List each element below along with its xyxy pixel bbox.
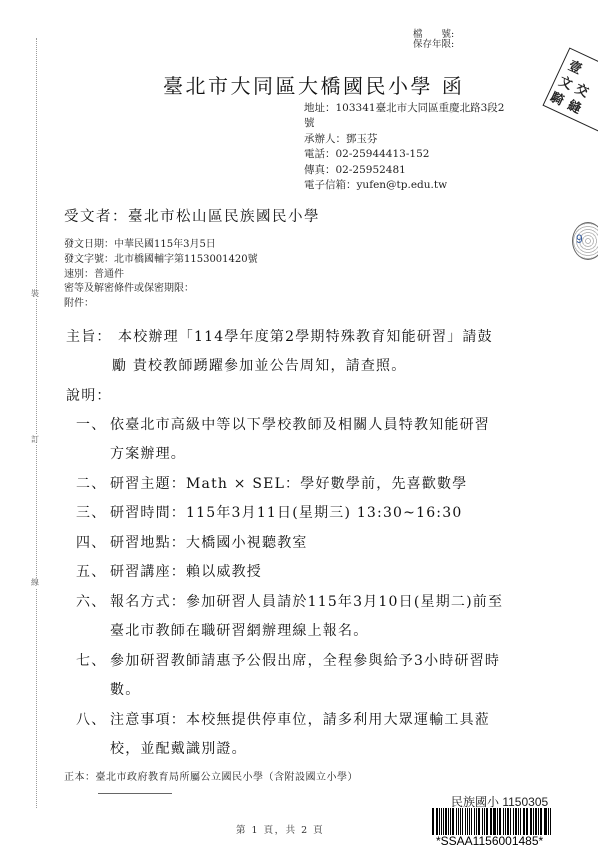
address-line-1: 地址：103341臺北市大同區重慶北路3段2 (304, 101, 504, 117)
retention-period-label: 保存年限: (413, 39, 454, 50)
attachment: 附件： (64, 297, 94, 312)
recipient: 受文者：臺北市松山區民族國民小學 (64, 205, 320, 226)
document-number: 發文字號：北市橋國輔字第1153001420號 (64, 253, 258, 268)
item-5-line-1: 研習講座：賴以威教授 (110, 562, 262, 582)
item-2-line-1: 研習主題：Math × SEL：學好數學前，先喜歡數學 (110, 474, 467, 494)
cross-page-seal-stamp: 壹 文 騎 交 縫 (542, 47, 598, 132)
subject-label: 主旨： (66, 327, 112, 347)
stamp-char: 縫 (565, 94, 585, 117)
binding-char-ding: 訂 (31, 435, 39, 445)
page-number: 第 1 頁，共 2 頁 (236, 822, 324, 836)
fax: 傳真：02-25952481 (304, 163, 406, 179)
barcode (432, 808, 552, 835)
item-8-line-1: 注意事項：本校無提供停車位，請多利用大眾運輸工具蒞 (110, 710, 490, 730)
item-5-number: 五、 (76, 562, 106, 582)
subject-line-2: 勵 貴校教師踴躍參加並公告周知，請查照。 (112, 356, 406, 376)
signature-underline (98, 793, 172, 794)
seal-number: 9 (576, 232, 583, 246)
binding-char-zhuang: 裝 (31, 289, 39, 299)
binding-line (36, 38, 38, 808)
handler: 承辦人：鄧玉芬 (304, 132, 378, 148)
secrecy-level: 密等及解密條件或保密期限： (64, 282, 194, 297)
item-1-number: 一、 (76, 415, 106, 435)
item-3-line-1: 研習時間：115年3月11日(星期三) 13:30~16:30 (110, 503, 462, 523)
address-line-2: 號 (304, 116, 315, 132)
item-8-number: 八、 (76, 710, 106, 730)
item-4-line-1: 研習地點：大橋國小視聽教室 (110, 533, 308, 553)
delivery-speed: 速別：普通件 (64, 268, 124, 283)
binding-char-xian: 線 (31, 578, 39, 588)
item-6-line-2: 臺北市教師在職研習網辦理線上報名。 (110, 621, 368, 641)
item-4-number: 四、 (76, 533, 106, 553)
phone: 電話：02-25944413-152 (304, 147, 429, 163)
item-3-number: 三、 (76, 503, 106, 523)
item-7-line-2: 數。 (110, 680, 140, 700)
item-7-line-1: 參加研習教師請惠予公假出席，全程參與給予3小時研習時 (110, 651, 500, 671)
item-6-line-1: 報名方式：參加研習人員請於115年3月10日(星期二)前至 (110, 592, 503, 612)
item-7-number: 七、 (76, 651, 106, 671)
explanation-label: 說明： (66, 386, 112, 406)
subject-line-1: 本校辦理「114學年度第2學期特殊教育知能研習」請鼓 (118, 327, 493, 347)
issue-date: 發文日期：中華民國115年3月5日 (64, 238, 216, 253)
document-title: 臺北市大同區大橋國民小學 函 (163, 70, 464, 99)
item-1-line-2: 方案辦理。 (110, 444, 186, 464)
item-1-line-1: 依臺北市高級中等以下學校教師及相關人員特教知能研習 (110, 415, 490, 435)
item-6-number: 六、 (76, 592, 106, 612)
email: 電子信箱：yufen@tp.edu.tw (304, 178, 447, 194)
stamp-char: 騎 (548, 86, 568, 109)
item-8-line-2: 校，並配戴識別證。 (110, 739, 247, 759)
original-copy-recipients: 正本：臺北市政府教育局所屬公立國民小學（含附設國立小學） (64, 771, 358, 786)
barcode-text: *SSAA1156001485* (436, 834, 543, 848)
item-2-number: 二、 (76, 474, 106, 494)
